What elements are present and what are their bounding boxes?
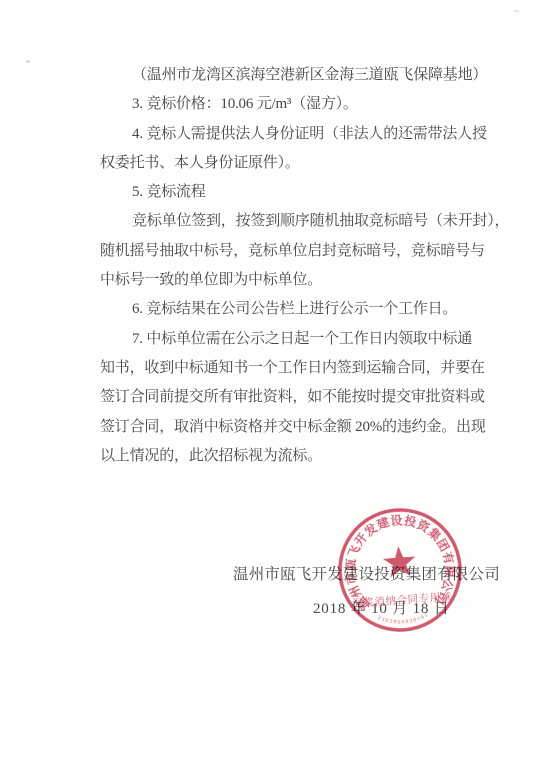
company-seal: 温州市瓯飞开发建设投资集团有限公司 泥浆消纳合同专用章 330290003016… [325,495,474,644]
star-icon [382,545,416,578]
text-line: 中标号一致的单位即为中标单位。 [100,266,510,295]
text-line: 权委托书、本人身份证原件）。 [100,149,510,178]
text-line: 5. 竞标流程 [100,178,510,207]
seal-ring-char: 限 [442,566,456,578]
seal-ring-char: 有 [440,550,457,565]
text-line: 3. 竞标价格：10.06 元/m³（湿方）。 [100,90,510,119]
scan-speck [26,60,30,63]
text-line: 4. 竞标人需提供法人身份证明（非法人的还需带法人授 [100,120,510,149]
text-line: （温州市龙湾区滨海空港新区金海三道瓯飞保障基地） [100,61,510,90]
text-line: 签订合同前提交所有审批资料，如不能按时提交审批资料或 [100,383,510,412]
text-line: 竞标单位签到，按签到顺序随机抽取竞标暗号（未开封）， [100,207,510,236]
text-line: 随机摇号抽取中标号，竞标单位启封竞标暗号，竞标暗号与 [100,237,510,266]
document-body: （温州市龙湾区滨海空港新区金海三道瓯飞保障基地）3. 竞标价格：10.06 元/… [100,61,510,471]
text-line: 7. 中标单位需在公示之日起一个工作日内领取中标通 [100,325,510,354]
text-line: 签订合同，取消中标资格并交中标金额 20%的违约金。出现 [100,413,510,442]
scan-speck [514,10,519,12]
text-line: 知书，收到中标通知书一个工作日内签到运输合同，并要在 [100,354,510,383]
text-line: 以上情况的，此次招标视为流标。 [100,442,510,471]
seal-subtitle: 泥浆消纳合同专用章 [352,590,453,610]
seal-ring-char: 设 [390,512,403,528]
seal-ring-char: 市 [342,571,359,585]
document-page: （温州市龙湾区滨海空港新区金海三道瓯飞保障基地）3. 竞标价格：10.06 元/… [0,0,546,780]
seal-ring-char: 瓯 [342,558,358,572]
text-line: 6. 竞标结果在公司公告栏上进行公示一个工作日。 [100,295,510,324]
